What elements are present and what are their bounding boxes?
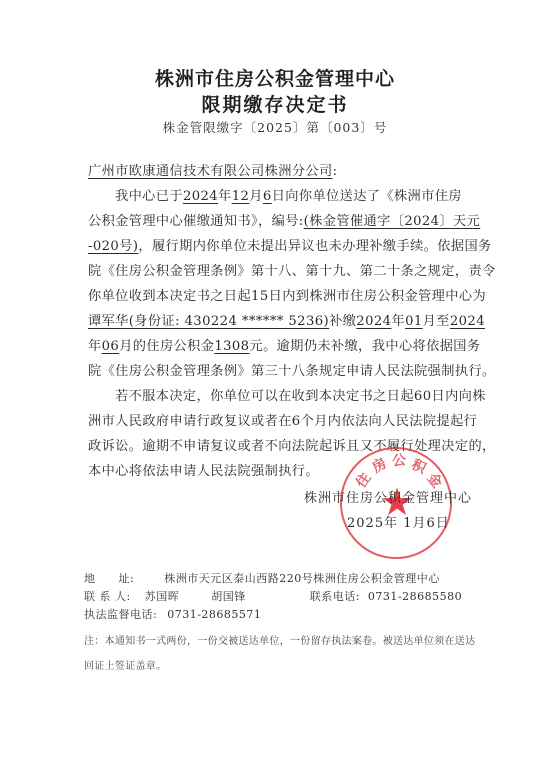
phone-value: 0731-28685580: [368, 590, 462, 603]
addressee-name: 广州市欧康通信技术有限公司株洲分公司: [88, 164, 333, 179]
p1-line-3: -020号)，履行期内你单位未提出异议也未办理补缴手续。依据国务: [88, 235, 492, 254]
contact-person-1: 苏国晖: [145, 590, 180, 603]
p1-line-5: 你单位收到本决定书之日起15日内到株洲市住房公积金管理中心为: [88, 285, 486, 304]
supervision-row: 执法监督电话: 0731-28685571: [84, 606, 261, 622]
address-value: 株洲市天元区泰山西路220号株洲住房公积金管理中心: [164, 572, 440, 585]
signature-date: 2025年 1月6日: [347, 512, 450, 531]
document-title: 限期缴存决定书: [0, 90, 550, 117]
p2-line-4: 本中心将依法申请人民法院强制执行。: [88, 460, 319, 479]
note-line-2: 回证上签证盖章。: [84, 657, 166, 672]
contact-row: 联 系 人: 苏国晖 胡国锋 联系电话: 0731-28685580: [84, 588, 462, 604]
supervision-label: 执法监督电话:: [84, 608, 157, 621]
notice-day: 6: [263, 189, 272, 204]
addressee: 广州市欧康通信技术有限公司株洲分公司:: [88, 160, 337, 179]
note-line-1: 注：本通知书一式两份，一份交被送达单位，一份留存执法案卷。被送达单位须在送达: [84, 632, 475, 647]
contact-person-2: 胡国锋: [211, 590, 246, 603]
signature-organization: 株洲市住房公积金管理中心: [304, 487, 472, 506]
amount-due: 1308: [214, 339, 249, 354]
p2-line-3: 政诉讼。逾期不申请复议或者不向法院起诉且又不履行处理决定的，: [88, 435, 496, 454]
notice-reference: (株金管催通字〔2024〕天元: [304, 214, 481, 229]
notice-year: 2024: [183, 189, 218, 204]
period-to-month: 06: [102, 339, 120, 354]
address-row: 地 址: 株洲市天元区泰山西路220号株洲住房公积金管理中心: [84, 570, 440, 586]
p1-line-8: 院《住房公积金管理条例》第三十八条规定申请人民法院强制执行。: [88, 360, 496, 379]
seal-char: 公: [391, 449, 407, 470]
p2-line-2: 洲市人民政府申请行政复议或者在6个月内依法向人民法院提起行: [88, 410, 477, 429]
p1-line-1: 我中心已于2024年12月6日向你单位送达了《株洲市住房: [115, 185, 462, 204]
notice-reference-cont: -020号): [88, 239, 138, 254]
phone-label: 联系电话:: [310, 590, 360, 603]
period-from-month: 01: [405, 314, 423, 329]
p1-line-2: 公积金管理中心催缴通知书》，编号:(株金管催通字〔2024〕天元: [88, 210, 480, 229]
p1-line-7: 年06月的住房公积金1308元。逾期仍未补缴，我中心将依据国务: [88, 335, 480, 354]
p1-line-6: 谭军华(身份证: 430224 ****** 5236)补缴2024年01月至2…: [88, 310, 485, 329]
issuer-title: 株洲市住房公积金管理中心: [0, 64, 550, 91]
notice-month: 12: [232, 189, 250, 204]
supervision-phone: 0731-28685571: [167, 608, 261, 621]
period-to-year: 2024: [450, 314, 485, 329]
period-from-year: 2024: [356, 314, 391, 329]
p2-line-1: 若不服本决定，你单位可以在收到本决定书之日起60日内向株: [115, 385, 486, 404]
employee-info: 谭军华(身份证: 430224 ****** 5236): [88, 314, 329, 329]
document-number: 株金管限缴字〔2025〕第〔003〕号: [0, 118, 550, 136]
address-label: 地 址:: [84, 572, 134, 585]
p1-line-4: 院《住房公积金管理条例》第十八、第十九、第二十条之规定，责令: [88, 260, 496, 279]
contact-label: 联 系 人:: [84, 590, 131, 603]
